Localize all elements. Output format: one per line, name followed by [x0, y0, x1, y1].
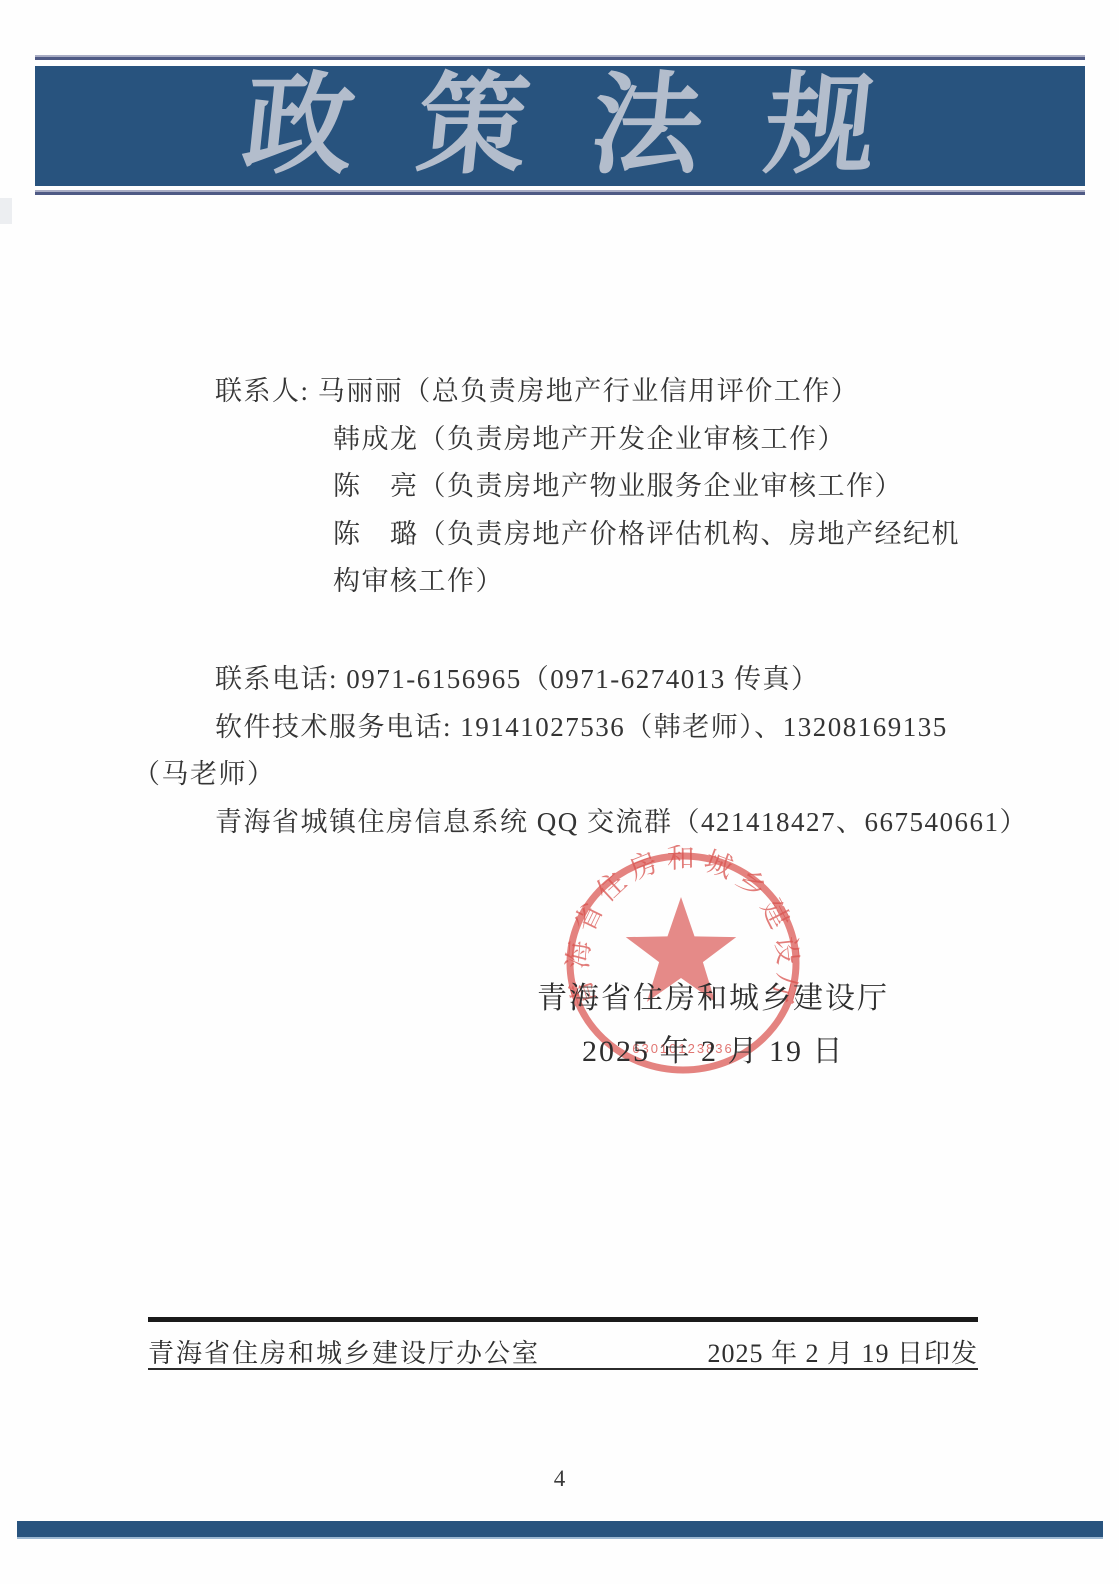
signature-date: 2025 年 2 月 19 日 [582, 1026, 845, 1070]
bottom-bar [17, 1521, 1103, 1539]
qq-group-line: 青海省城镇住房信息系统 QQ 交流群（421418427、667540661） [215, 805, 1028, 839]
banner-title: 政策法规 [238, 71, 946, 181]
tech-support-phone-line: 软件技术服务电话: 19141027536（韩老师）、13208169135 [215, 710, 948, 744]
signature-organization: 青海省住房和城乡建设厅 [537, 973, 889, 1017]
contact-phone-line: 联系电话: 0971-6156965（0971-6274013 传真） [215, 662, 819, 696]
footer-office: 青海省住房和城乡建设厅办公室 [148, 1333, 540, 1370]
scan-smudge [0, 198, 12, 224]
header-rule-top [35, 55, 1085, 60]
contact-person-line: 陈 亮（负责房地产物业服务企业审核工作） [333, 469, 903, 503]
header-rule-bottom [35, 190, 1085, 195]
contact-person-line: 陈 璐（负责房地产价格评估机构、房地产经纪机 [333, 517, 960, 551]
contact-person-line: 韩成龙（负责房地产开发企业审核工作） [333, 422, 846, 456]
contact-person-line: 联系人: 马丽丽（总负责房地产行业信用评价工作） [215, 374, 859, 408]
contact-person-line-continuation: 构审核工作） [333, 564, 504, 598]
policy-banner: 政策法规 [35, 66, 1085, 186]
footer-rule-thin [148, 1368, 978, 1370]
footer-rule-thick [148, 1317, 978, 1322]
document-page: 政策法规 联系人: 马丽丽（总负责房地产行业信用评价工作） 韩成龙（负责房地产开… [0, 0, 1119, 1584]
page-number: 4 [0, 1466, 1119, 1492]
footer-row: 青海省住房和城乡建设厅办公室 2025 年 2 月 19 日印发 [148, 1333, 978, 1370]
footer-print-date: 2025 年 2 月 19 日印发 [707, 1333, 978, 1370]
tech-support-continuation: （马老师） [133, 757, 276, 791]
